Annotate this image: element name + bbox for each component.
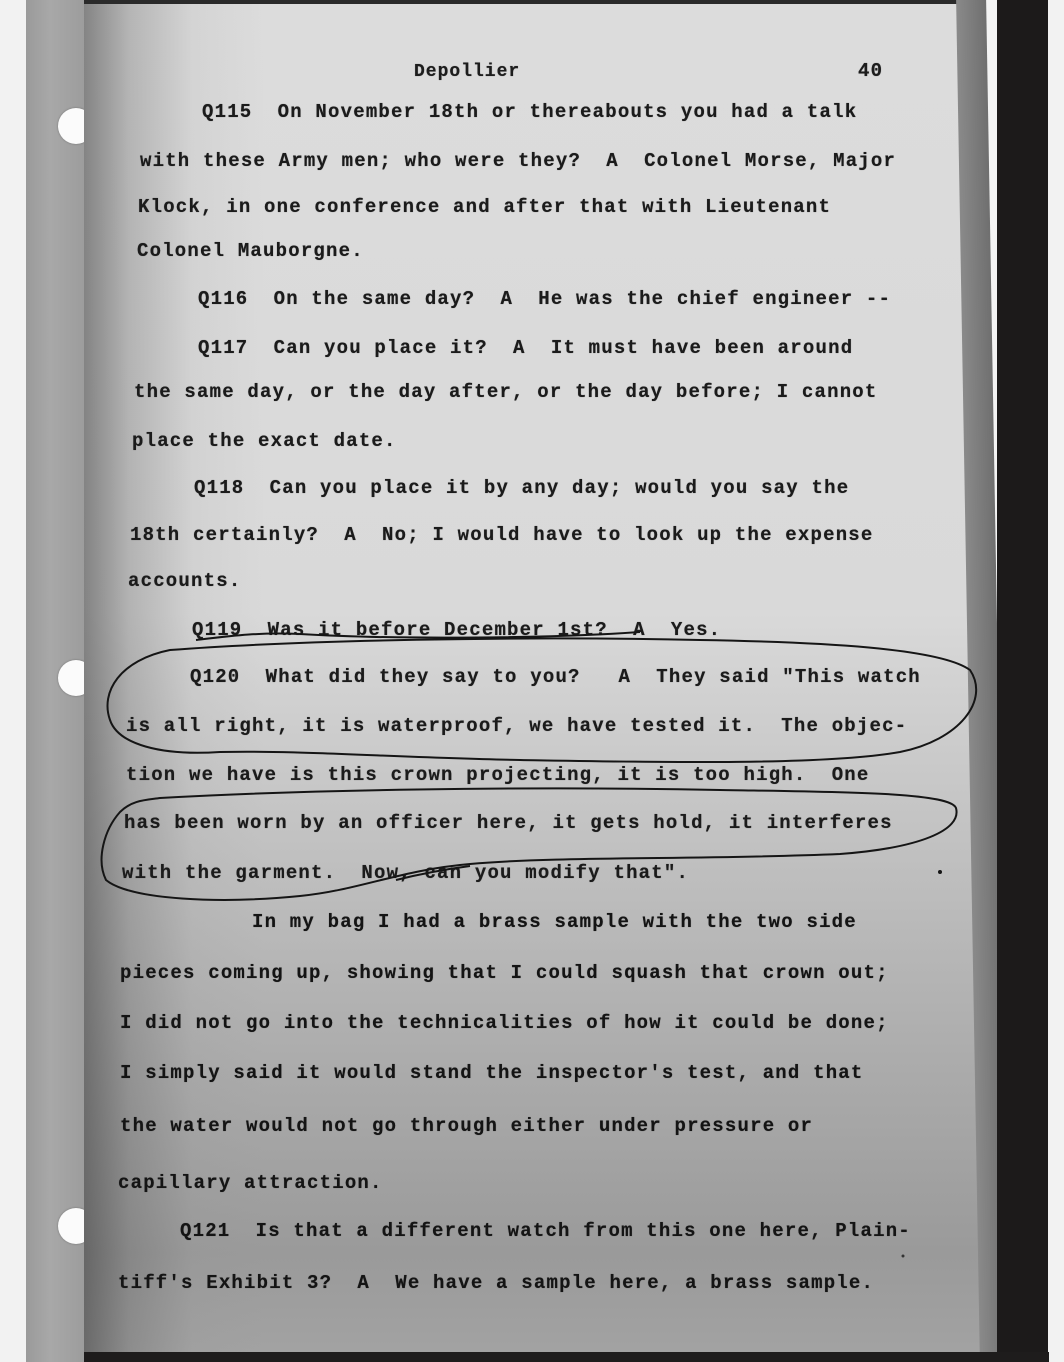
page-number: 40 (858, 60, 883, 82)
transcript-line: 18th certainly? A No; I would have to lo… (130, 524, 874, 546)
transcript-line: the water would not go through either un… (120, 1115, 813, 1137)
transcript-line: pieces coming up, showing that I could s… (120, 962, 889, 984)
transcript-line: accounts. (128, 570, 241, 592)
transcript-line: Q120 What did they say to you? A They sa… (190, 666, 921, 688)
transcript-line: with these Army men; who were they? A Co… (140, 150, 896, 172)
transcript-line: Q119 Was it before December 1st? A Yes. (192, 619, 721, 641)
transcript-line: I did not go into the technicalities of … (120, 1012, 889, 1034)
transcript-line: has been worn by an officer here, it get… (124, 812, 893, 834)
transcript-line: Q121 Is that a different watch from this… (180, 1220, 911, 1242)
transcript-line: capillary attraction. (118, 1172, 383, 1194)
transcript-line: Q115 On November 18th or thereabouts you… (202, 101, 857, 123)
transcript-line: tiff's Exhibit 3? A We have a sample her… (118, 1272, 874, 1294)
transcript-line: I simply said it would stand the inspect… (120, 1062, 864, 1084)
transcript-line: In my bag I had a brass sample with the … (252, 911, 857, 933)
binder-strip (26, 0, 86, 1362)
page-bottom-edge (84, 1352, 1049, 1362)
transcript-line: Q116 On the same day? A He was the chief… (198, 288, 891, 310)
transcript-line: the same day, or the day after, or the d… (134, 381, 878, 403)
transcript-line: Klock, in one conference and after that … (138, 196, 831, 218)
page-top-edge (84, 0, 984, 4)
scan-background-right (1048, 0, 1064, 1362)
witness-name-header: Depollier (414, 62, 520, 82)
transcript-line: Colonel Mauborgne. (137, 240, 364, 262)
transcript-line: with the garment. Now, can you modify th… (122, 862, 689, 884)
scan-dark-edge (997, 0, 1049, 1362)
transcript-line: tion we have is this crown projecting, i… (126, 764, 870, 786)
transcript-line: is all right, it is waterproof, we have … (126, 715, 907, 737)
transcript-line: Q118 Can you place it by any day; would … (194, 477, 849, 499)
transcript-line: place the exact date. (132, 430, 397, 452)
transcript-line: Q117 Can you place it? A It must have be… (198, 337, 853, 359)
